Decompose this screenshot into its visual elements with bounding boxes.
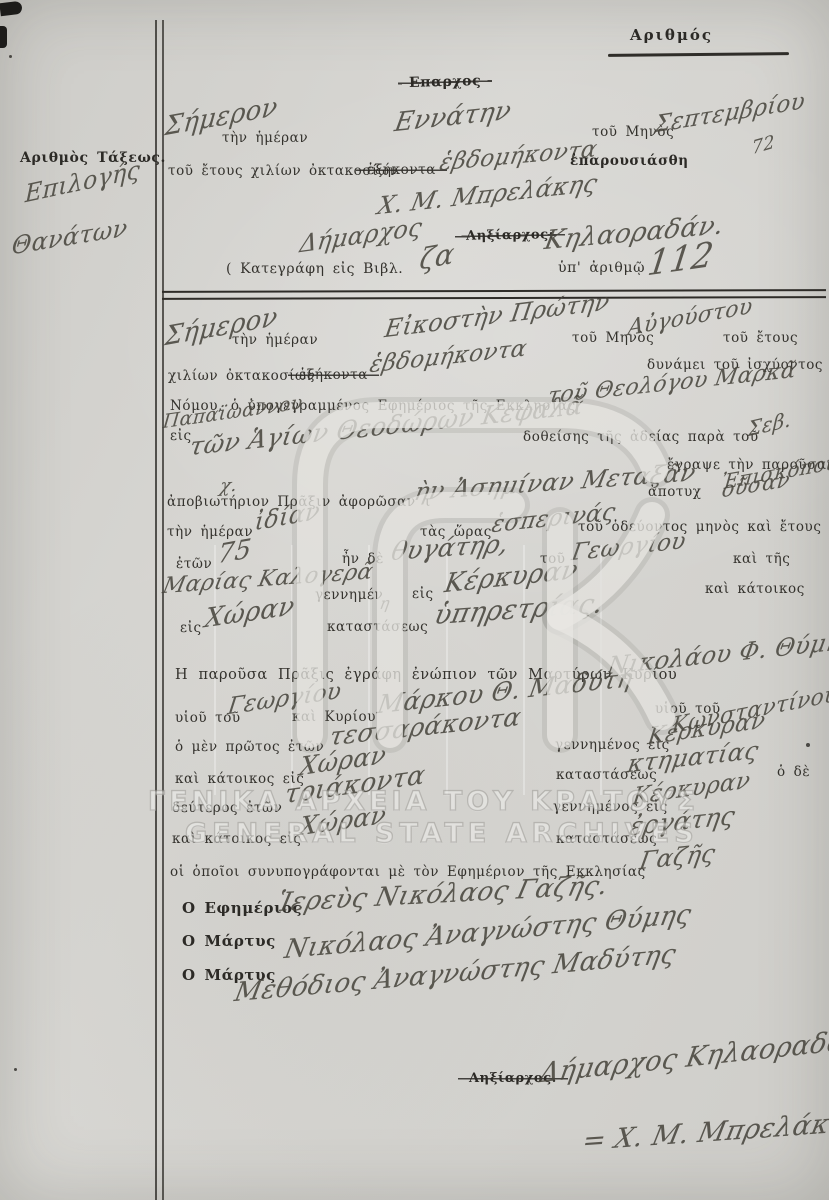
hw-bishop: Σεβ.: [747, 407, 792, 442]
hw-age: 75: [216, 534, 253, 571]
hw-relation: θυγάτηρ,: [389, 529, 512, 567]
watermark-text-english: GENERAL STATE ARCHIVES: [185, 818, 699, 849]
witness1-label: Ο Μάρτυς: [182, 932, 276, 950]
in2-label: εἰς: [180, 620, 202, 636]
in-label: εἰς: [412, 586, 434, 602]
at-label: εἰς: [170, 428, 192, 444]
hw-final-signature: = Χ. Μ. Μπρελάκης: [580, 1106, 829, 1157]
hw-book-number: ζα: [418, 236, 457, 276]
speck: [14, 1068, 17, 1071]
ink-blot: [0, 1, 23, 17]
second-label: ὁ δὲ: [777, 764, 810, 780]
hw-born-suffix: η: [378, 593, 391, 613]
year-label-act: τοῦ ἔτους: [723, 330, 798, 346]
sixty-struck-top: ἑξήκοντα: [356, 162, 447, 178]
month2-line: τοῦ ὁδεύοντος μηνὸς καὶ ἔτους: [578, 519, 822, 535]
speck: [9, 55, 12, 58]
margin-handwriting-2: Θανάτων: [11, 213, 129, 260]
eparchos-label-struck: Επαρχος: [398, 73, 493, 91]
hw-residence: Χώραν: [203, 591, 297, 634]
hw-month-top: Σεπτεμβρίου: [653, 88, 806, 139]
number-underline: [608, 52, 789, 56]
number-label: Αριθμός: [630, 26, 713, 44]
day-label-act: τὴν ἡμέραν: [232, 332, 318, 348]
speck: [806, 743, 810, 747]
died-label: ἀποτυχ: [648, 484, 702, 500]
presented-label: ἐπαρουσιάσθη: [570, 153, 689, 169]
watermark-text-greek: ΓΕΝΙΚΑ ΑΡΧΕΙΑ ΤΟΥ ΚΡΑΤΟΥΣ: [148, 786, 699, 817]
age-label: ἐτῶν: [176, 556, 212, 572]
document-page: Αριθμός Επαρχος Αριθμὸς Τάξεως. Επιλογής…: [0, 0, 829, 1200]
hw-witness1-name: Νικολάου Φ. Θύμη: [605, 627, 829, 680]
hw-month-note: 72: [752, 131, 776, 159]
hw-mayor-signature: Δήμαρχος Κηλαοραδάν: [537, 1024, 829, 1090]
permission-line: δοθείσης τῆς ἀδείας παρὰ τοῦ: [523, 429, 759, 445]
resident-label: καὶ κάτοικος: [705, 581, 805, 597]
day-label-top: τὴν ἡμέραν: [222, 130, 308, 146]
hw-mayor-title: Δήμαρχος: [298, 212, 424, 258]
margin-vertical-rule: [155, 20, 164, 1200]
under-number-label: ὑπ' ἀριθμῷ: [558, 260, 645, 276]
hw-day-top: Εννάτην: [392, 95, 513, 138]
resident-label-1: καὶ κάτοικος εἰς: [175, 771, 304, 787]
sixty-struck-act: ἑξήκοντα: [288, 367, 379, 383]
hw-act-number: 112: [645, 234, 716, 284]
recorded-label: ( Κατεγράφη εἰς Βιβλ.: [226, 261, 403, 277]
status-label: καταστάσεως: [327, 619, 428, 635]
order-number-label: Αριθμὸς Τάξεως.: [20, 150, 166, 166]
edge-mark: [0, 26, 7, 48]
and-of-label: καὶ τῆς: [733, 551, 790, 567]
born-label: γεννημέν: [315, 587, 383, 603]
